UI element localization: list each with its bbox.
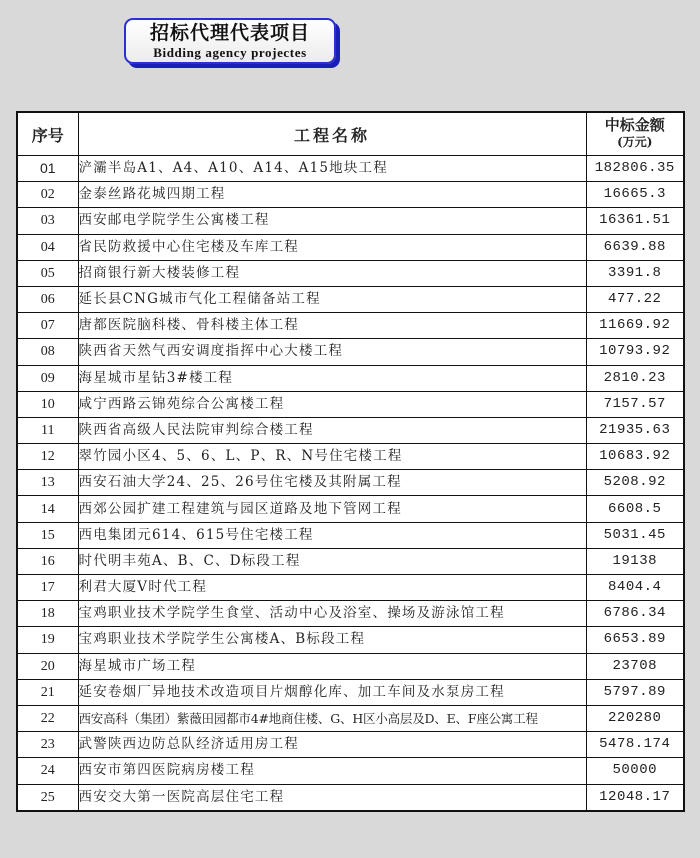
table-row: 19宝鸡职业技术学院学生公寓楼A、B标段工程6653.89 (17, 627, 684, 653)
row-amount: 10793.92 (586, 339, 684, 365)
table-row: 09海星城市星钻3#楼工程2810.23 (17, 365, 684, 391)
table-row: 02金泰丝路花城四期工程16665.3 (17, 182, 684, 208)
row-project-name: 利君大厦V时代工程 (78, 575, 586, 601)
title-banner: 招标代理代表项目 Bidding agency projectes (124, 18, 336, 64)
row-project-name: 唐都医院脑科楼、骨科楼主体工程 (78, 313, 586, 339)
row-seq: 04 (17, 234, 78, 260)
row-project-name: 招商银行新大楼装修工程 (78, 260, 586, 286)
column-header-amount-unit: (万元) (587, 134, 684, 151)
row-amount: 6653.89 (586, 627, 684, 653)
row-amount: 5797.89 (586, 679, 684, 705)
table-row: 15西电集团元614、615号住宅楼工程5031.45 (17, 522, 684, 548)
column-header-amount: 中标金额 (万元) (586, 112, 684, 156)
row-seq: 16 (17, 548, 78, 574)
table-body: 01浐灞半岛A1、A4、A10、A14、A15地块工程182806.35 02金… (17, 156, 684, 811)
row-seq: 12 (17, 444, 78, 470)
row-amount: 23708 (586, 653, 684, 679)
row-amount: 19138 (586, 548, 684, 574)
row-amount: 21935.63 (586, 417, 684, 443)
row-seq: 18 (17, 601, 78, 627)
table-row: 14西郊公园扩建工程建筑与园区道路及地下管网工程6608.5 (17, 496, 684, 522)
row-seq: 15 (17, 522, 78, 548)
row-seq: 03 (17, 208, 78, 234)
row-seq: 07 (17, 313, 78, 339)
table-row: 22西安高科（集团）紫薇田园都市4#地商住楼、G、H区小高层及D、E、F座公寓工… (17, 705, 684, 731)
table-row: 20海星城市广场工程23708 (17, 653, 684, 679)
row-seq: 02 (17, 182, 78, 208)
row-project-name: 海星城市广场工程 (78, 653, 586, 679)
row-project-name: 咸宁西路云锦苑综合公寓楼工程 (78, 391, 586, 417)
row-seq: 23 (17, 732, 78, 758)
projects-table: 序号 工程名称 中标金额 (万元) 01浐灞半岛A1、A4、A10、A14、A1… (16, 111, 685, 812)
table-row: 17利君大厦V时代工程8404.4 (17, 575, 684, 601)
row-project-name: 省民防救援中心住宅楼及车库工程 (78, 234, 586, 260)
row-amount: 477.22 (586, 286, 684, 312)
column-header-name: 工程名称 (78, 112, 586, 156)
row-amount: 50000 (586, 758, 684, 784)
row-project-name: 西安石油大学24、25、26号住宅楼及其附属工程 (78, 470, 586, 496)
row-project-name: 宝鸡职业技术学院学生公寓楼A、B标段工程 (78, 627, 586, 653)
table-row: 07唐都医院脑科楼、骨科楼主体工程11669.92 (17, 313, 684, 339)
row-amount: 8404.4 (586, 575, 684, 601)
row-amount: 12048.17 (586, 784, 684, 811)
row-amount: 16361.51 (586, 208, 684, 234)
row-project-name: 武警陕西边防总队经济适用房工程 (78, 732, 586, 758)
row-amount: 2810.23 (586, 365, 684, 391)
row-project-name: 浐灞半岛A1、A4、A10、A14、A15地块工程 (78, 156, 586, 182)
row-project-name: 金泰丝路花城四期工程 (78, 182, 586, 208)
row-seq: 11 (17, 417, 78, 443)
row-amount: 10683.92 (586, 444, 684, 470)
row-amount: 5208.92 (586, 470, 684, 496)
table-row: 08陕西省天然气西安调度指挥中心大楼工程10793.92 (17, 339, 684, 365)
table-row: 06延长县CNG城市气化工程储备站工程477.22 (17, 286, 684, 312)
row-project-name: 西安高科（集团）紫薇田园都市4#地商住楼、G、H区小高层及D、E、F座公寓工程 (78, 705, 586, 731)
row-project-name: 陕西省天然气西安调度指挥中心大楼工程 (78, 339, 586, 365)
row-seq: 09 (17, 365, 78, 391)
table-row: 01浐灞半岛A1、A4、A10、A14、A15地块工程182806.35 (17, 156, 684, 182)
page-subtitle: Bidding agency projectes (126, 45, 334, 60)
table-row: 18宝鸡职业技术学院学生食堂、活动中心及浴室、操场及游泳馆工程6786.34 (17, 601, 684, 627)
row-seq: 01 (17, 156, 78, 182)
row-project-name: 延长县CNG城市气化工程储备站工程 (78, 286, 586, 312)
table-row: 21延安卷烟厂异地技术改造项目片烟醇化库、加工车间及水泵房工程5797.89 (17, 679, 684, 705)
table-row: 23武警陕西边防总队经济适用房工程5478.174 (17, 732, 684, 758)
row-amount: 7157.57 (586, 391, 684, 417)
row-seq: 17 (17, 575, 78, 601)
table-row: 03西安邮电学院学生公寓楼工程16361.51 (17, 208, 684, 234)
table-row: 10咸宁西路云锦苑综合公寓楼工程7157.57 (17, 391, 684, 417)
column-header-amount-label: 中标金额 (605, 116, 665, 134)
row-project-name: 延安卷烟厂异地技术改造项目片烟醇化库、加工车间及水泵房工程 (78, 679, 586, 705)
row-seq: 20 (17, 653, 78, 679)
row-amount: 220280 (586, 705, 684, 731)
row-amount: 5031.45 (586, 522, 684, 548)
row-seq: 06 (17, 286, 78, 312)
row-project-name: 西电集团元614、615号住宅楼工程 (78, 522, 586, 548)
page-title: 招标代理代表项目 (126, 21, 334, 45)
table-row: 05招商银行新大楼装修工程3391.8 (17, 260, 684, 286)
row-seq: 14 (17, 496, 78, 522)
table-header-row: 序号 工程名称 中标金额 (万元) (17, 112, 684, 156)
row-amount: 182806.35 (586, 156, 684, 182)
row-amount: 6608.5 (586, 496, 684, 522)
row-amount: 6639.88 (586, 234, 684, 260)
row-seq: 13 (17, 470, 78, 496)
row-project-name: 西安邮电学院学生公寓楼工程 (78, 208, 586, 234)
column-header-seq: 序号 (17, 112, 78, 156)
row-project-name: 时代明丰苑A、B、C、D标段工程 (78, 548, 586, 574)
row-seq: 10 (17, 391, 78, 417)
row-amount: 11669.92 (586, 313, 684, 339)
table-row: 12翠竹园小区4、5、6、L、P、R、N号住宅楼工程10683.92 (17, 444, 684, 470)
table-row: 24西安市第四医院病房楼工程50000 (17, 758, 684, 784)
row-seq: 21 (17, 679, 78, 705)
row-amount: 6786.34 (586, 601, 684, 627)
row-seq: 25 (17, 784, 78, 811)
table-row: 04省民防救援中心住宅楼及车库工程6639.88 (17, 234, 684, 260)
table-row: 16时代明丰苑A、B、C、D标段工程19138 (17, 548, 684, 574)
table-row: 25西安交大第一医院高层住宅工程12048.17 (17, 784, 684, 811)
row-project-name: 翠竹园小区4、5、6、L、P、R、N号住宅楼工程 (78, 444, 586, 470)
row-seq: 22 (17, 705, 78, 731)
row-project-name: 海星城市星钻3#楼工程 (78, 365, 586, 391)
row-amount: 5478.174 (586, 732, 684, 758)
row-amount: 3391.8 (586, 260, 684, 286)
row-project-name: 陕西省高级人民法院审判综合楼工程 (78, 417, 586, 443)
row-seq: 05 (17, 260, 78, 286)
row-amount: 16665.3 (586, 182, 684, 208)
row-seq: 08 (17, 339, 78, 365)
row-project-name: 宝鸡职业技术学院学生食堂、活动中心及浴室、操场及游泳馆工程 (78, 601, 586, 627)
row-seq: 19 (17, 627, 78, 653)
row-project-name: 西安市第四医院病房楼工程 (78, 758, 586, 784)
row-seq: 24 (17, 758, 78, 784)
table-row: 13西安石油大学24、25、26号住宅楼及其附属工程5208.92 (17, 470, 684, 496)
row-project-name: 西郊公园扩建工程建筑与园区道路及地下管网工程 (78, 496, 586, 522)
table-row: 11陕西省高级人民法院审判综合楼工程21935.63 (17, 417, 684, 443)
row-project-name: 西安交大第一医院高层住宅工程 (78, 784, 586, 811)
